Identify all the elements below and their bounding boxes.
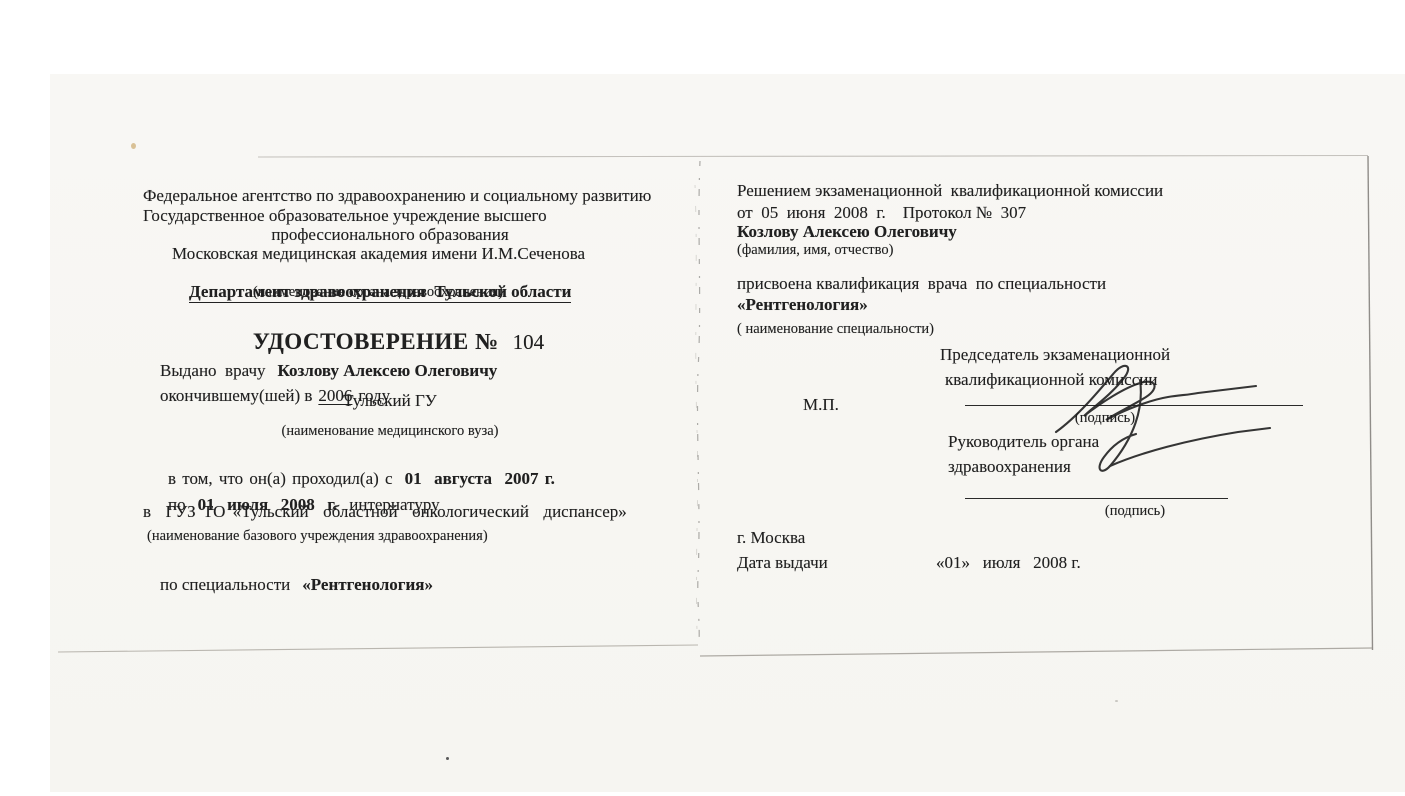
full-name-caption: (фамилия, имя, отчество) xyxy=(737,242,893,259)
head-title-line-1: Руководитель органа xyxy=(948,432,1099,452)
agency-line-1: Федеральное агентство по здравоохранению… xyxy=(143,186,651,206)
signature-caption-head: (подпись) xyxy=(1045,503,1225,520)
university-name: Тульский ГУ xyxy=(143,391,637,411)
facility-line: в ГУЗ ТО «Тульский областной онкологичес… xyxy=(143,502,627,522)
qualification-line: присвоена квалификация врача по специаль… xyxy=(737,274,1106,294)
specialty-line: по специальности«Рентгенология» xyxy=(143,555,433,616)
issue-date-value: «01» июля 2008 г. xyxy=(936,553,1081,573)
scan-speck xyxy=(131,143,136,149)
agency-line-3: профессионального образования xyxy=(143,225,637,245)
seal-place-label: М.П. xyxy=(803,395,839,415)
chairman-title-line-1: Председатель экзаменационной xyxy=(940,345,1170,365)
scan-speck xyxy=(1115,700,1118,702)
department-caption: (наименование органа здравоохранения) xyxy=(143,284,613,301)
specialty-right: «Рентгенология» xyxy=(737,295,868,315)
specialty-name: «Рентгенология» xyxy=(302,575,433,594)
agency-line-2: Государственное образовательное учрежден… xyxy=(143,206,547,226)
commission-decision-line-2: от 05 июня 2008 г. Протокол № 307 xyxy=(737,203,1026,223)
doctor-name-right: Козлову Алексею Олеговичу xyxy=(737,222,957,242)
head-title-line-2: здравоохранения xyxy=(948,457,1071,477)
signature-line-chairman xyxy=(965,405,1303,406)
chairman-title-line-2: квалификационной комиссии xyxy=(945,370,1157,390)
scan-speck xyxy=(446,757,449,760)
university-caption: (наименование медицинского вуза) xyxy=(143,423,637,440)
signature-line-head xyxy=(965,498,1228,499)
facility-caption: (наименование базового учреждения здраво… xyxy=(147,528,488,545)
scanned-certificate: Федеральное агентство по здравоохранению… xyxy=(0,0,1405,796)
city-line: г. Москва xyxy=(737,528,805,548)
specialty-caption: ( наименование специальности) xyxy=(737,321,934,338)
signature-caption-chairman: (подпись) xyxy=(1010,410,1200,427)
certificate-number: 104 xyxy=(513,330,545,354)
specialty-prefix: по специальности xyxy=(160,575,290,594)
commission-decision-line-1: Решением экзаменационной квалификационно… xyxy=(737,181,1163,201)
issue-date-label: Дата выдачи xyxy=(737,553,828,573)
